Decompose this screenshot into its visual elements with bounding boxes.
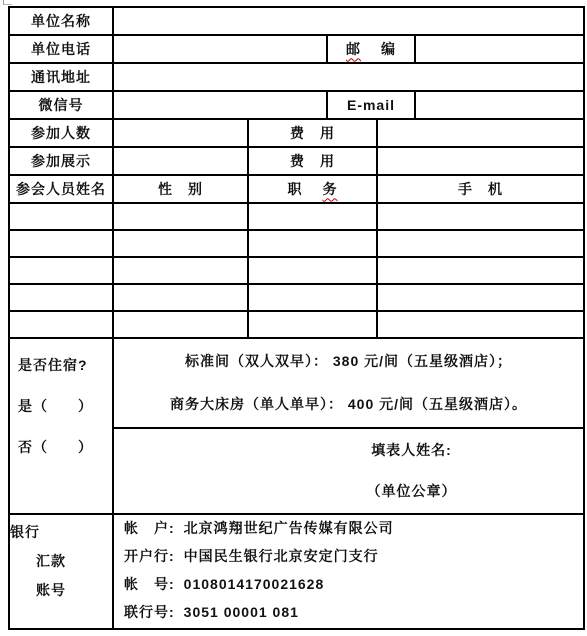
registration-form-table: 单位名称 单位电话 邮编 通讯地址 微信号 E-mail 参加人数 费 用	[8, 6, 585, 630]
address-input-cell[interactable]	[113, 63, 584, 91]
row-bank: 银行 汇款 账号 帐 户:北京鸿翔世纪广告传媒有限公司 开户行:中国民生银行北京…	[9, 514, 584, 629]
participants-fee-label: 费 用	[248, 119, 377, 147]
postal-char-marked: 邮	[346, 41, 361, 57]
unit-phone-input-cell[interactable]	[113, 35, 327, 63]
account-no-value: 0108014170021628	[184, 576, 325, 592]
bank-label-line1: 银行	[10, 518, 112, 547]
lodging-yes-option[interactable]: 是（ ）	[18, 392, 112, 420]
bank-name-value: 中国民生银行北京安定门支行	[184, 548, 379, 564]
roster-gender-header: 性 别	[113, 175, 248, 203]
roster-gender-input-cell[interactable]	[113, 257, 248, 284]
account-holder-label: 帐 户:	[124, 520, 175, 536]
unit-phone-label: 单位电话	[9, 35, 113, 63]
row-address: 通讯地址	[9, 63, 584, 91]
roster-mobile-input-cell[interactable]	[377, 203, 584, 230]
roster-gender-input-cell[interactable]	[113, 203, 248, 230]
table-handle-artifact	[3, 0, 12, 5]
bank-code-label: 联行号:	[124, 604, 175, 620]
participants-fee-input-cell[interactable]	[377, 119, 584, 147]
account-no-label: 帐 号:	[124, 576, 175, 592]
bank-account-no-line: 帐 号:0108014170021628	[124, 576, 583, 593]
row-unit-name: 单位名称	[9, 7, 584, 35]
wechat-label: 微信号	[9, 91, 113, 119]
bank-details-cell: 帐 户:北京鸿翔世纪广告传媒有限公司 开户行:中国民生银行北京安定门支行 帐 号…	[113, 514, 584, 629]
bank-code-value: 3051 00001 081	[184, 604, 299, 620]
postal-code-input-cell[interactable]	[415, 35, 584, 63]
bank-label-line2: 汇款	[10, 547, 112, 576]
roster-name-input-cell[interactable]	[9, 230, 113, 257]
registration-form-page: 单位名称 单位电话 邮编 通讯地址 微信号 E-mail 参加人数 费 用	[0, 0, 587, 636]
row-roster-header: 参会人员姓名 性 别 职务 手 机	[9, 175, 584, 203]
roster-mobile-input-cell[interactable]	[377, 257, 584, 284]
unit-name-label: 单位名称	[9, 7, 113, 35]
roster-gender-input-cell[interactable]	[113, 230, 248, 257]
roster-mobile-input-cell[interactable]	[377, 284, 584, 311]
bank-label-line3: 账号	[10, 576, 112, 605]
roster-mobile-header: 手 机	[377, 175, 584, 203]
postal-char-rest: 编	[381, 41, 396, 57]
participants-label: 参加人数	[9, 119, 113, 147]
roster-position-input-cell[interactable]	[248, 203, 377, 230]
email-input-cell[interactable]	[415, 91, 584, 119]
roster-blank-row	[9, 230, 584, 257]
lodging-question: 是否住宿?	[18, 351, 112, 379]
bank-account-holder-line: 帐 户:北京鸿翔世纪广告传媒有限公司	[124, 520, 583, 537]
roster-name-input-cell[interactable]	[9, 203, 113, 230]
account-holder-value: 北京鸿翔世纪广告传媒有限公司	[184, 520, 394, 536]
address-label: 通讯地址	[9, 63, 113, 91]
roster-position-input-cell[interactable]	[248, 257, 377, 284]
roster-gender-input-cell[interactable]	[113, 284, 248, 311]
roster-blank-row	[9, 257, 584, 284]
row-lodging: 是否住宿? 是（ ） 否（ ） 标准间（双人双早）： 380 元/间（五星级酒店…	[9, 338, 584, 428]
roster-name-header: 参会人员姓名	[9, 175, 113, 203]
roster-position-input-cell[interactable]	[248, 230, 377, 257]
bank-code-line: 联行号:3051 00001 081	[124, 604, 583, 621]
roster-name-input-cell[interactable]	[9, 257, 113, 284]
roster-blank-row	[9, 311, 584, 338]
roster-name-input-cell[interactable]	[9, 284, 113, 311]
bank-remittance-label-cell: 银行 汇款 账号	[9, 514, 113, 629]
unit-name-input-cell[interactable]	[113, 7, 584, 35]
bank-name-line: 开户行:中国民生银行北京安定门支行	[124, 548, 583, 565]
row-exhibition: 参加展示 费 用	[9, 147, 584, 175]
roster-position-header: 职务	[248, 175, 377, 203]
lodging-rates-cell: 标准间（双人双早）： 380 元/间（五星级酒店）； 商务大床房（单人单早）： …	[113, 338, 584, 428]
exhibition-label: 参加展示	[9, 147, 113, 175]
roster-mobile-input-cell[interactable]	[377, 311, 584, 338]
roster-position-input-cell[interactable]	[248, 284, 377, 311]
row-wechat-email: 微信号 E-mail	[9, 91, 584, 119]
email-label: E-mail	[327, 91, 415, 119]
company-seal-note: （单位公章）	[240, 483, 583, 500]
filler-name-label[interactable]: 填表人姓名:	[240, 442, 583, 459]
lodging-no-option[interactable]: 否（ ）	[18, 433, 112, 461]
position-char1: 职	[288, 181, 303, 197]
roster-blank-row	[9, 203, 584, 230]
lodging-question-cell: 是否住宿? 是（ ） 否（ ）	[9, 338, 113, 514]
participants-input-cell[interactable]	[113, 119, 248, 147]
rate-standard-room: 标准间（双人双早）： 380 元/间（五星级酒店）；	[114, 353, 583, 370]
rate-business-room: 商务大床房（单人单早）： 400 元/间（五星级酒店）。	[114, 396, 583, 413]
bank-name-label: 开户行:	[124, 548, 175, 564]
exhibition-fee-input-cell[interactable]	[377, 147, 584, 175]
exhibition-fee-label: 费 用	[248, 147, 377, 175]
signature-cell[interactable]: 填表人姓名: （单位公章）	[113, 428, 584, 514]
roster-gender-input-cell[interactable]	[113, 311, 248, 338]
row-participants: 参加人数 费 用	[9, 119, 584, 147]
roster-position-input-cell[interactable]	[248, 311, 377, 338]
roster-name-input-cell[interactable]	[9, 311, 113, 338]
position-char2: 务	[323, 181, 338, 197]
exhibition-input-cell[interactable]	[113, 147, 248, 175]
row-unit-phone: 单位电话 邮编	[9, 35, 584, 63]
postal-code-label: 邮编	[327, 35, 415, 63]
roster-blank-row	[9, 284, 584, 311]
wechat-input-cell[interactable]	[113, 91, 327, 119]
roster-mobile-input-cell[interactable]	[377, 230, 584, 257]
